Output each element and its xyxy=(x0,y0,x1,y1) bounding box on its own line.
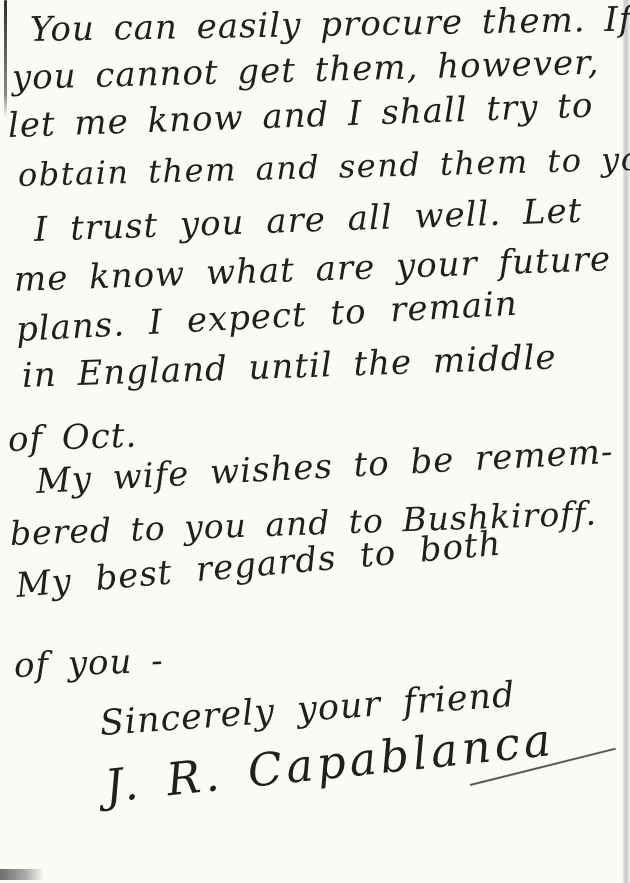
scan-edge-left xyxy=(4,0,7,118)
handwritten-line-9: of Oct. xyxy=(7,416,138,460)
handwritten-line-4: obtain them and send them to you. xyxy=(18,139,630,194)
letter-page: You can easily procure them. If you cann… xyxy=(0,0,630,883)
scan-smudge-bottom-left xyxy=(0,869,44,880)
handwritten-line-8: in England until the middle xyxy=(21,337,557,396)
scan-edge-right xyxy=(622,0,630,883)
handwritten-line-1: You can easily procure them. If xyxy=(30,0,630,50)
handwritten-line-5: I trust you are all well. Let xyxy=(33,191,583,250)
handwritten-line-6: me know what are your future xyxy=(13,239,611,300)
handwritten-line-13: of you - xyxy=(13,641,164,686)
